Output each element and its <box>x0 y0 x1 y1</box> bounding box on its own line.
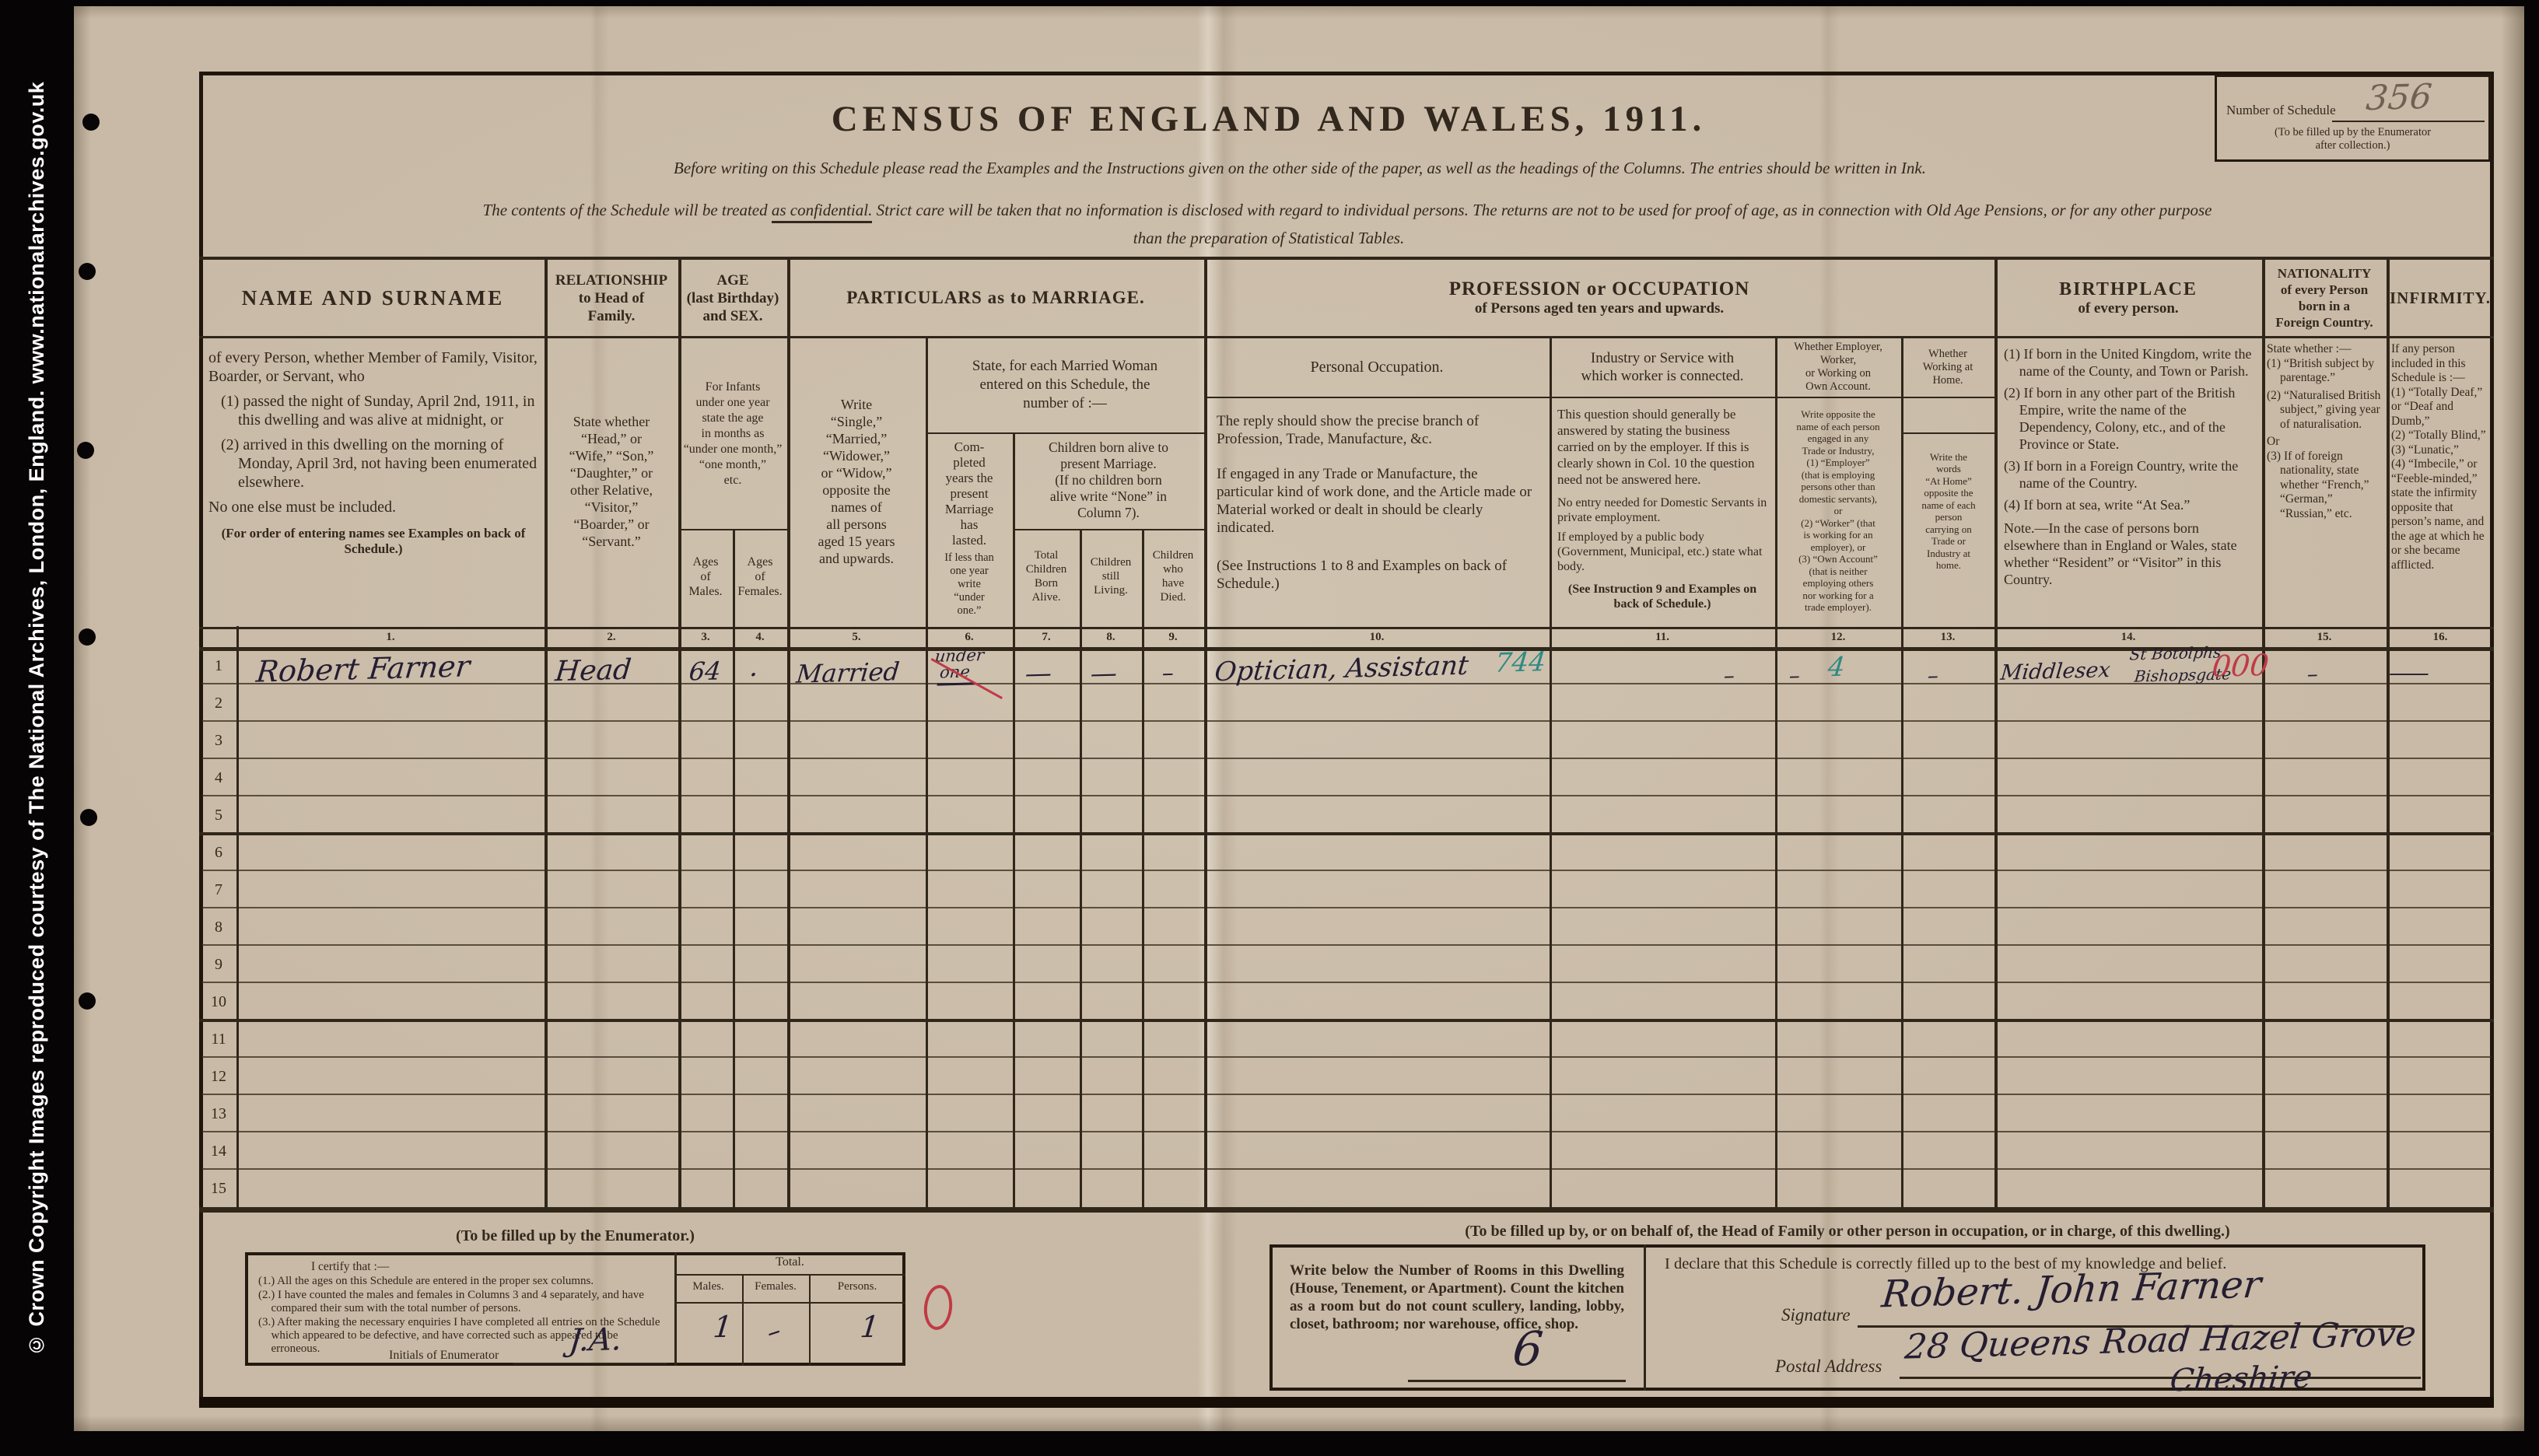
nat-or: Or <box>2267 435 2382 450</box>
total-children-born-label: Total Children Born Alive. <box>1013 529 1080 624</box>
children-still-living-label: Children still Living. <box>1080 529 1142 624</box>
entry-still-living-dash: — <box>1089 658 1119 690</box>
postal-address-line <box>1900 1377 2421 1379</box>
certify-item1: (1.) All the ages on this Schedule are e… <box>258 1275 666 1288</box>
nat-i2: (2) “Naturalised British subject,” givin… <box>2267 389 2382 432</box>
row-number: 15 <box>201 1170 236 1207</box>
entry-birthplace-code: 000 <box>2211 648 2271 684</box>
bp-i1: (1) If born in the United Kingdom, write… <box>2004 345 2254 380</box>
occ-p1: The reply should show the precise branch… <box>1217 412 1537 448</box>
completed-years-sub: If less than one year write “under one.” <box>944 551 994 618</box>
nationality-description: State whether :— (1) “British subject by… <box>2267 342 2382 521</box>
column-number: 16. <box>2387 627 2494 647</box>
punch-hole <box>79 628 96 646</box>
married-woman-head: State, for each Married Woman entered on… <box>926 339 1204 431</box>
completed-years-cell: Com- pleted years the present Marriage h… <box>926 432 1013 624</box>
nat-i3: (3) If of foreign nationality, state whe… <box>2267 450 2382 522</box>
occ-p3: (See Instructions 1 to 8 and Examples on… <box>1217 557 1537 593</box>
row-number: 1 <box>201 647 236 684</box>
males-label: Males. <box>674 1280 742 1293</box>
profession-title-line2: of Persons aged ten years and upwards. <box>1475 300 1724 317</box>
dwelling-heading: (To be filled up by, or on behalf of, th… <box>1269 1223 2425 1241</box>
column-number: 3. <box>678 627 733 647</box>
col-header-marriage: PARTICULARS as to MARRIAGE. <box>787 260 1204 336</box>
age-column-description: For Infants under one year state the age… <box>678 342 787 526</box>
row-number: 7 <box>201 871 236 908</box>
line2-underlined: as confidential. <box>772 201 873 223</box>
punch-hole <box>77 442 94 459</box>
column-number: 2. <box>545 627 678 647</box>
postal-address-line2-handwriting: Cheshire <box>2169 1360 2314 1399</box>
entry-age-male-handwriting: 64 <box>688 656 723 686</box>
birthplace-title-line2: of every person. <box>2078 300 2178 317</box>
col-header-name: NAME AND SURNAME <box>201 260 545 336</box>
marriage-write-description: Write “Single,” “Married,” “Widower,” or… <box>787 339 926 623</box>
profession-title-line1: PROFESSION or OCCUPATION <box>1449 278 1750 300</box>
grid-line <box>236 626 239 1207</box>
persons-value-handwriting: 1 <box>859 1310 881 1345</box>
entry-occupation-code: 744 <box>1494 646 1547 679</box>
entry-born-alive-dash: — <box>1024 658 1053 690</box>
dwelling-box-divider <box>1644 1244 1646 1391</box>
row-number: 3 <box>201 722 236 759</box>
col-header-infirmity: INFIRMITY. <box>2387 260 2494 336</box>
children-died-label: Children who have Died. <box>1142 529 1204 624</box>
grid-line <box>199 1207 2494 1213</box>
column-number: 8. <box>1080 627 1142 647</box>
entry-condition-handwriting: Married <box>795 656 901 688</box>
nat-i1: (1) “British subject by parentage.” <box>2267 357 2382 386</box>
grid-line <box>1994 257 1998 1207</box>
col-header-profession: PROFESSION or OCCUPATION of Persons aged… <box>1204 260 1994 336</box>
inf-s0: If any person included in this Schedule … <box>2391 342 2489 386</box>
bp-i3: (3) If born in a Foreign Country, write … <box>2004 457 2254 492</box>
ind-p4: (See Instruction 9 and Examples on back … <box>1557 582 1767 611</box>
archive-copyright-sidebar: © Crown Copyright Images reproduced cour… <box>0 6 74 1431</box>
ages-of-females-label: Ages of Females. <box>733 529 787 624</box>
form-title: CENSUS OF ENGLAND AND WALES, 1911. <box>199 98 2338 140</box>
grid-line <box>2262 257 2265 1207</box>
ind-p1: This question should generally be answer… <box>1557 406 1767 488</box>
grid-line <box>1204 257 1207 1207</box>
row-number: 10 <box>201 983 236 1020</box>
persons-label: Persons. <box>809 1280 905 1293</box>
working-at-home-head: Whether Working at Home. <box>1901 339 1994 395</box>
row-number: 5 <box>201 796 236 834</box>
grid-line <box>199 832 2494 835</box>
entry-birthplace-line2: St Botolphs <box>2129 642 2222 663</box>
initials-handwriting: J.A. <box>568 1321 624 1359</box>
postal-address-label: Postal Address <box>1775 1356 1882 1377</box>
totals-divider <box>809 1274 811 1366</box>
punch-hole <box>79 992 96 1010</box>
column-number: 10. <box>1204 627 1550 647</box>
inf-i4: (4) “Imbecile,” or “Feeble-minded,” <box>2391 457 2489 486</box>
column-number: 11. <box>1550 627 1775 647</box>
rooms-value-handwriting: 6 <box>1511 1322 1546 1377</box>
ages-of-males-label: Ages of Males. <box>678 529 733 624</box>
punch-hole <box>79 263 96 280</box>
rooms-underline <box>1408 1380 1626 1382</box>
schedule-number-value: 356 <box>2364 77 2433 118</box>
schedule-number-line <box>2332 121 2485 122</box>
total-underline <box>674 1274 905 1276</box>
rooms-instruction: Write below the Number of Rooms in this … <box>1290 1262 1624 1333</box>
name-column-description: of every Person, whether Member of Famil… <box>208 348 538 557</box>
grid-line <box>1550 336 1552 1207</box>
name-desc-intro: of every Person, whether Member of Famil… <box>208 348 538 386</box>
bp-i2: (2) If born in any other part of the Bri… <box>2004 384 2254 453</box>
column-number: 5. <box>787 627 926 647</box>
column-number: 1. <box>236 627 545 647</box>
bp-i4: (4) If born at sea, write “At Sea.” <box>2004 496 2254 513</box>
row-number: 13 <box>201 1095 236 1132</box>
col-header-birthplace: BIRTHPLACE of every person. <box>1994 260 2262 336</box>
instruction-line-2: The contents of the Schedule will be tre… <box>204 201 2491 220</box>
punch-hole <box>82 114 100 131</box>
ind-p3: If employed by a public body (Government… <box>1557 530 1767 574</box>
females-label: Females. <box>742 1280 809 1293</box>
col-header-age: AGE (last Birthday) and SEX. <box>678 260 787 336</box>
initials-line <box>513 1363 667 1364</box>
working-at-home-description: Write the words “At Home” opposite the n… <box>1903 398 1994 624</box>
labels-underline <box>674 1302 905 1304</box>
industry-description: This question should generally be answer… <box>1557 406 1767 611</box>
name-desc-item1: (1) passed the night of Sunday, April 2n… <box>221 392 538 429</box>
personal-occupation-head: Personal Occupation. <box>1204 339 1550 395</box>
completed-years-main: Com- pleted years the present Marriage h… <box>945 439 993 548</box>
males-value-handwriting: 1 <box>712 1310 734 1345</box>
schedule-number-label: Number of Schedule <box>2226 103 2336 118</box>
schedule-number-note: (To be filled up by the Enumerator after… <box>2219 126 2487 152</box>
certify-intro: I certify that :— <box>311 1260 389 1274</box>
column-number: 7. <box>1013 627 1080 647</box>
punch-hole <box>80 809 97 826</box>
occ-p2: If engaged in any Trade or Manufacture, … <box>1217 465 1537 537</box>
personal-occupation-description: The reply should show the precise branch… <box>1217 412 1537 593</box>
total-label: Total. <box>674 1255 905 1269</box>
grid-line <box>199 1019 2494 1022</box>
row-number: 4 <box>201 759 236 796</box>
instruction-line-1: Before writing on this Schedule please r… <box>199 159 2401 178</box>
row-number: 2 <box>201 684 236 722</box>
column-number: 6. <box>926 627 1013 647</box>
row-number: 9 <box>201 946 236 983</box>
inf-i2: (2) “Totally Blind,” <box>2391 429 2489 443</box>
col-header-relationship: RELATIONSHIP to Head of Family. <box>545 260 678 336</box>
industry-head: Industry or Service with which worker is… <box>1550 339 1775 395</box>
column-number: 12. <box>1775 627 1901 647</box>
instruction-line-3: than the preparation of Statistical Tabl… <box>199 229 2338 248</box>
name-desc-examples: (For order of entering names see Example… <box>208 526 538 557</box>
entry-birthplace-handwriting: Middlesex <box>1999 658 2111 685</box>
inf-i3: (3) “Lunatic,” <box>2391 443 2489 458</box>
totals-divider <box>742 1274 744 1366</box>
entry-infirmity-dash: — <box>2387 660 2432 687</box>
grid-line <box>199 336 2494 338</box>
census-schedule-scan: © Crown Copyright Images reproduced cour… <box>0 0 2539 1456</box>
entry-employer-code: 4 <box>1826 652 1847 684</box>
column-number: 15. <box>2262 627 2387 647</box>
employer-worker-head: Whether Employer, Worker, or Working on … <box>1775 339 1901 395</box>
infirmity-description: If any person included in this Schedule … <box>2391 342 2489 572</box>
column-number: 4. <box>733 627 787 647</box>
name-desc-note: No one else must be included. <box>208 498 538 516</box>
bottom-heavy-rule <box>199 1397 2494 1408</box>
certify-item2: (2.) I have counted the males and female… <box>258 1289 666 1315</box>
bp-note: Note.—In the case of persons born elsewh… <box>2004 520 2254 588</box>
entry-relationship-handwriting: Head <box>554 654 632 688</box>
enumerator-heading: (To be filled up by the Enumerator.) <box>245 1227 905 1245</box>
column-number: 9. <box>1142 627 1204 647</box>
ind-p2: No entry needed for Domestic Servants in… <box>1557 495 1767 525</box>
name-desc-item2: (2) arrived in this dwelling on the morn… <box>221 436 538 492</box>
birthplace-description: (1) If born in the United Kingdom, write… <box>2004 345 2254 588</box>
inf-i5: state the infirmity opposite that person… <box>2391 486 2489 572</box>
row-number: 6 <box>201 834 236 871</box>
children-born-alive-head: Children born alive to present Marriage.… <box>1013 432 1204 527</box>
birthplace-title-line1: BIRTHPLACE <box>2059 279 2198 300</box>
row-number: 12 <box>201 1058 236 1095</box>
line2-post: Strict care will be taken that no inform… <box>872 201 2212 219</box>
nat-s0: State whether :— <box>2267 342 2382 357</box>
row-number: 8 <box>201 908 236 946</box>
column-number: 13. <box>1901 627 1994 647</box>
inf-i1: (1) “Totally Deaf,” or “Deaf and Dumb,” <box>2391 386 2489 429</box>
initials-label: Initials of Enumerator <box>389 1349 499 1363</box>
grid-line <box>2387 257 2390 1207</box>
line2-pre: The contents of the Schedule will be tre… <box>483 201 772 219</box>
row-number: 11 <box>201 1020 236 1058</box>
row-number: 14 <box>201 1132 236 1170</box>
relationship-column-description: State whether “Head,” or “Wife,” “Son,” … <box>545 339 678 623</box>
entry-name-handwriting: Robert Farner <box>254 649 471 688</box>
employer-worker-description: Write opposite the name of each person e… <box>1777 398 1900 624</box>
col-header-nationality: NATIONALITY of every Person born in a Fo… <box>2262 260 2387 336</box>
signature-label: Signature <box>1781 1305 1851 1325</box>
